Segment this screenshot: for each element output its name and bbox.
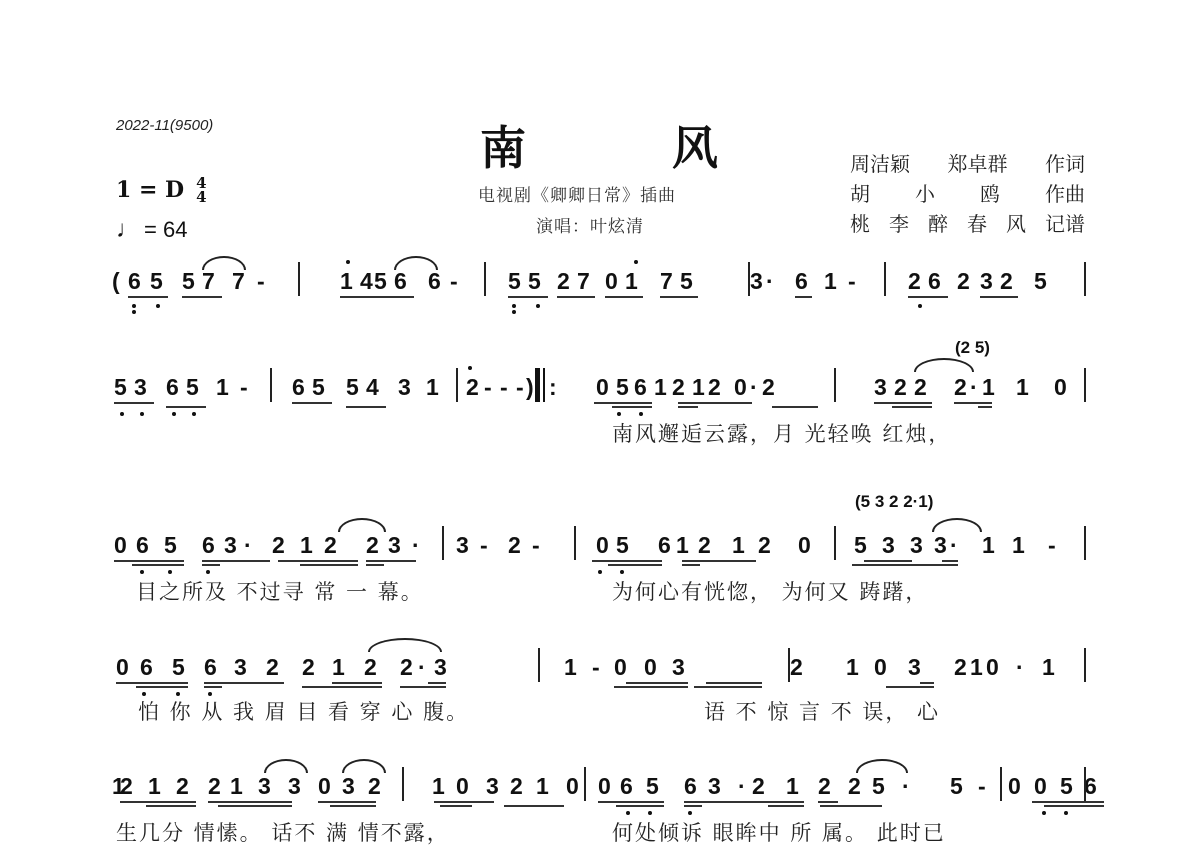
note: 3 (134, 374, 147, 401)
beam-underline (694, 686, 762, 688)
beam-underline (892, 406, 932, 408)
beam-underline (592, 560, 662, 562)
octave-dot-low (626, 811, 630, 815)
note: 1 (564, 654, 577, 681)
octave-dot-low (206, 570, 210, 574)
note: 6 (394, 268, 407, 295)
note: 2 (762, 374, 775, 401)
note: 2 (957, 268, 970, 295)
note: 3 (882, 532, 895, 559)
octave-dot-low (172, 412, 176, 416)
repeat-colon: : (549, 374, 557, 401)
notation-line: 53651-6554312---)05612120·23222·110: (112, 374, 1092, 408)
credit-role: 记谱 (1045, 208, 1085, 237)
octave-dot-low (648, 811, 652, 815)
beam-underline (120, 801, 196, 803)
credit-name: 李 (889, 208, 909, 237)
beam-underline (1044, 805, 1104, 807)
time-signature: 4 4 (196, 176, 206, 204)
note: 1 (332, 654, 345, 681)
barline (298, 262, 300, 296)
octave-dot-low (1064, 811, 1068, 815)
beam-underline (772, 406, 818, 408)
octave-dot-low (120, 412, 124, 416)
note: 6 (620, 773, 633, 800)
beam-underline (202, 560, 270, 562)
beam-underline (318, 801, 376, 803)
note: 0 (456, 773, 469, 800)
note: 2 (510, 773, 523, 800)
credit-name: 胡 (850, 178, 870, 207)
note: 2 (364, 654, 377, 681)
barline (484, 262, 486, 296)
beam-underline (302, 686, 382, 688)
alternate-notes: (5 3 2 2·1) (855, 492, 933, 512)
note: 7 (577, 268, 590, 295)
tie-arc (932, 518, 982, 532)
beam-underline (910, 564, 958, 566)
note: 2 (508, 532, 521, 559)
beam-underline (736, 402, 752, 404)
note: 1 (216, 374, 229, 401)
trill-mark (468, 366, 472, 370)
note: 5 (186, 374, 199, 401)
note: 5 (508, 268, 521, 295)
note: 1 (692, 374, 705, 401)
octave-dot-low (140, 570, 144, 574)
note: 6 (634, 374, 647, 401)
beam-underline (332, 682, 382, 684)
note: 6 (204, 654, 217, 681)
beam-underline (116, 682, 188, 684)
note: 2 (302, 654, 315, 681)
beam-underline (202, 564, 220, 566)
note: 1 (340, 268, 353, 295)
note: 5 (182, 268, 195, 295)
note: 1 (982, 374, 995, 401)
barline (456, 368, 458, 402)
credit-name: 郑卓群 (948, 148, 1008, 177)
barline (270, 368, 272, 402)
credit-lyricist: 周洁颖 郑卓群 作词 (850, 148, 1085, 177)
note: 5 (616, 532, 629, 559)
note: 2 (954, 654, 967, 681)
note: 2 (752, 773, 765, 800)
octave-dot-low (168, 570, 172, 574)
note: 5 (150, 268, 163, 295)
note: 1 (846, 654, 859, 681)
key-signature: 1 = D 4 4 (116, 176, 207, 204)
note: 0 (644, 654, 657, 681)
note: 1 (536, 773, 549, 800)
barline (1084, 262, 1086, 296)
note: 3 (874, 374, 887, 401)
barline (584, 767, 586, 801)
note: 6 (428, 268, 441, 295)
beam-underline (557, 296, 595, 298)
octave-dot-low (156, 304, 160, 308)
note: 2 (366, 532, 379, 559)
octave-dot-low (598, 570, 602, 574)
note: 5 (374, 268, 387, 295)
note: 3 (750, 268, 763, 295)
note: 3 (288, 773, 301, 800)
dash-extension: - (450, 268, 458, 295)
beam-underline (132, 564, 184, 566)
beam-underline (366, 564, 384, 566)
beam-underline (614, 686, 688, 688)
octave-dot-low (512, 304, 516, 308)
note: 7 (660, 268, 673, 295)
tie-arc (264, 759, 308, 773)
notation-line: 212213303210321006563·21225·5-00561 (112, 773, 1092, 807)
octave-dot-low (192, 412, 196, 416)
dash-extension: - (480, 532, 488, 559)
note: 3 (980, 268, 993, 295)
beam-underline (820, 805, 882, 807)
note: 3 (908, 654, 921, 681)
beam-underline (508, 296, 548, 298)
barline (1084, 526, 1086, 560)
note: 2 (266, 654, 279, 681)
lyrics-line: 南风邂逅云露，月 光轻唤 红烛， (612, 418, 951, 448)
note: 0 (566, 773, 579, 800)
note: · (418, 654, 426, 681)
credit-name: 周洁颖 (850, 148, 910, 177)
dash-extension: - (848, 268, 856, 295)
credit-composer: 胡 小 鸥 作曲 (850, 178, 1085, 207)
beam-underline (612, 406, 652, 408)
note: 6 (166, 374, 179, 401)
beam-underline (182, 296, 222, 298)
dash-extension: - (978, 773, 986, 800)
beam-underline (166, 406, 206, 408)
dash-extension: - (240, 374, 248, 401)
octave-dot-low (918, 304, 922, 308)
beam-underline (736, 560, 756, 562)
beam-underline (136, 686, 188, 688)
beam-underline (608, 564, 662, 566)
beam-underline (268, 682, 284, 684)
note: 2 (790, 654, 803, 681)
tie-arc (368, 638, 442, 652)
note: 0 (318, 773, 331, 800)
note: 5 (114, 374, 127, 401)
score-row-2: (2 5) 53651-6554312---)05612120·23222·11… (112, 374, 1092, 408)
octave-dot-high (346, 260, 350, 264)
barline (1084, 368, 1086, 402)
note: 2 (818, 773, 831, 800)
tie-arc (202, 256, 246, 270)
note: 2 (708, 374, 721, 401)
note: 2 (894, 374, 907, 401)
beam-underline (678, 406, 698, 408)
note: 7 (202, 268, 215, 295)
score-code: 2022-11(9500) (116, 117, 213, 134)
beam-underline (706, 682, 762, 684)
note: 6 (658, 532, 671, 559)
note: · (950, 532, 958, 559)
note: 3 (342, 773, 355, 800)
barline (1000, 767, 1002, 801)
beam-underline (366, 560, 416, 562)
beam-underline (504, 805, 564, 807)
note: 4 (366, 374, 379, 401)
beam-underline (114, 560, 184, 562)
note: 3 (398, 374, 411, 401)
beam-underline (980, 296, 1018, 298)
note: 6 (128, 268, 141, 295)
note: 1 (300, 532, 313, 559)
beam-underline (300, 564, 358, 566)
beam-underline (738, 801, 804, 803)
octave-dot-low (536, 304, 540, 308)
note: 6 (795, 268, 808, 295)
beam-underline (864, 560, 912, 562)
barline (1084, 648, 1086, 682)
credit-name: 春 (967, 208, 987, 237)
note: 6 (136, 532, 149, 559)
note: 7 (232, 268, 245, 295)
dash-extension: - (592, 654, 600, 681)
tie-arc (856, 759, 908, 773)
dash-extension: - (257, 268, 265, 295)
note: 0 (596, 532, 609, 559)
note: 0 (1008, 773, 1021, 800)
song-title-char-1: 南 (480, 112, 526, 178)
note: 5 (312, 374, 325, 401)
note: 6 (292, 374, 305, 401)
song-subtitle: 电视剧《卿卿日常》插曲 (478, 181, 676, 206)
note: 3 (934, 532, 947, 559)
score-row-1: (65577-14566-552701753·61-262325 (112, 268, 1092, 302)
note: 2 (954, 374, 967, 401)
beam-underline (886, 686, 934, 688)
beam-underline (942, 560, 958, 562)
beam-underline (908, 296, 948, 298)
note: 2 (908, 268, 921, 295)
note: 2 (272, 532, 285, 559)
beam-underline (605, 296, 643, 298)
note: 1 (1042, 654, 1055, 681)
note: 1 (1012, 532, 1025, 559)
dash-extension: - (516, 374, 524, 401)
tie-arc (338, 518, 386, 532)
octave-dot-high (634, 260, 638, 264)
beam-underline (1032, 801, 1104, 803)
note: · (766, 268, 774, 295)
note: 5 (680, 268, 693, 295)
note: 1 (970, 654, 983, 681)
note: 6 (140, 654, 153, 681)
dash-extension: - (500, 374, 508, 401)
note: 2 (466, 374, 479, 401)
octave-dot-low (620, 570, 624, 574)
beam-underline (598, 801, 664, 803)
note: 0 (986, 654, 999, 681)
beam-underline (462, 801, 494, 803)
note: 0 (734, 374, 747, 401)
note: 6 (928, 268, 941, 295)
tie-arc (342, 759, 386, 773)
note: · (412, 532, 420, 559)
credit-transcriber: 桃 李 醉 春 风 记谱 (850, 208, 1085, 237)
octave-dot-low (617, 412, 621, 416)
beam-underline (795, 296, 812, 298)
note: 1 (148, 773, 161, 800)
lyrics-line-right: 语 不 惊 言 不 误， 心 (704, 696, 940, 726)
barline (884, 262, 886, 296)
octave-dot-low (1042, 811, 1046, 815)
note: 0 (874, 654, 887, 681)
note: 1 (112, 773, 125, 800)
key-label: 1 = D (116, 177, 184, 203)
beam-underline (146, 805, 196, 807)
octave-dot-low (132, 310, 136, 314)
note: · (244, 532, 252, 559)
octave-dot-low (140, 412, 144, 416)
note: · (738, 773, 746, 800)
score-row-5: 212213303210321006563·21225·5-00561 生几分 … (112, 773, 1092, 807)
notation-line: 0656322122·31-0032103210·1 (112, 654, 1092, 688)
notation-line: (65577-14566-552701753·61-262325 (112, 268, 1092, 302)
beam-underline (292, 402, 332, 404)
dash-extension: - (484, 374, 492, 401)
beam-underline (400, 686, 446, 688)
note: 0 (596, 374, 609, 401)
octave-dot-low (688, 811, 692, 815)
note: 2 (848, 773, 861, 800)
note: 3 (672, 654, 685, 681)
note: 1 (786, 773, 799, 800)
note: 3 (388, 532, 401, 559)
note: 5 (950, 773, 963, 800)
credit-name: 醉 (928, 208, 948, 237)
beam-underline (114, 402, 154, 404)
lyrics-line-left: 生几分 情愫。 话不 满 情不露， (116, 817, 450, 847)
note: · (750, 374, 758, 401)
beam-underline (920, 682, 934, 684)
note: 3 (708, 773, 721, 800)
note: · (970, 374, 978, 401)
note: 5 (164, 532, 177, 559)
note: 0 (1034, 773, 1047, 800)
note: 2 (914, 374, 927, 401)
quarter-note-icon: ♩ (116, 216, 140, 244)
note: 5 (1060, 773, 1073, 800)
note: 0 (614, 654, 627, 681)
note: 3 (486, 773, 499, 800)
beam-underline (626, 682, 688, 684)
note: 2 (400, 654, 413, 681)
beam-underline (278, 560, 358, 562)
note: 1 (230, 773, 243, 800)
beam-underline (204, 686, 222, 688)
credit-name: 小 (915, 178, 935, 207)
dash-extension: - (532, 532, 540, 559)
note: 1 (732, 532, 745, 559)
beam-underline (684, 805, 702, 807)
barline (788, 648, 790, 682)
note: · (902, 773, 910, 800)
barline (442, 526, 444, 560)
octave-dot-low (639, 412, 643, 416)
beam-underline (660, 296, 698, 298)
octave-dot-low (132, 304, 136, 308)
note: 3 (434, 654, 447, 681)
credit-role: 作曲 (1045, 178, 1085, 207)
beam-underline (978, 406, 992, 408)
note: 3 (258, 773, 271, 800)
note: 1 (625, 268, 638, 295)
credit-name: 鸥 (980, 178, 1000, 207)
barline (834, 526, 836, 560)
beam-underline (682, 564, 700, 566)
note: 5 (616, 374, 629, 401)
note: 0 (598, 773, 611, 800)
credit-role: 作词 (1045, 148, 1085, 177)
beam-underline (346, 406, 386, 408)
note: 2 (758, 532, 771, 559)
repeat-start-barline (535, 368, 549, 402)
beam-underline (852, 564, 912, 566)
beam-underline (616, 805, 664, 807)
note: 1 (426, 374, 439, 401)
note: 5 (172, 654, 185, 681)
beam-underline (768, 805, 804, 807)
notation-line: 06563·21223·3-2-056121205333·11- (112, 532, 1092, 566)
note: 2 (672, 374, 685, 401)
lyrics-line-right: 何处倾诉 眼眸中 所 属。 此时已 (612, 817, 946, 847)
score-row-4: 0656322122·31-0032103210·1 怕 你 从 我 眉 目 看… (112, 654, 1092, 688)
note: 2 (1000, 268, 1013, 295)
barline (748, 262, 750, 296)
tie-arc (394, 256, 438, 270)
beam-underline (874, 402, 932, 404)
barline (1084, 767, 1086, 801)
note: 3 (224, 532, 237, 559)
note: 1 (824, 268, 837, 295)
note: 2 (698, 532, 711, 559)
beam-underline (340, 296, 378, 298)
note: 3 (910, 532, 923, 559)
note: 5 (854, 532, 867, 559)
note: 1 (676, 532, 689, 559)
beam-underline (218, 805, 292, 807)
dash-extension: - (1048, 532, 1056, 559)
note: 0 (114, 532, 127, 559)
note: 5 (1034, 268, 1047, 295)
beam-underline (428, 682, 446, 684)
lyrics-line-left: 目之所及 不过寻 常 一 幕。 (136, 576, 424, 606)
score-row-3: (5 3 2 2·1) 06563·21223·3-2-056121205333… (112, 532, 1092, 566)
note: 2 (208, 773, 221, 800)
barline (834, 368, 836, 402)
note: 3 (234, 654, 247, 681)
note: 0 (116, 654, 129, 681)
credit-name: 风 (1006, 208, 1026, 237)
beam-underline (954, 402, 992, 404)
note: 2 (557, 268, 570, 295)
parenthesis: ) (526, 374, 534, 401)
note: 5 (646, 773, 659, 800)
note: 2 (324, 532, 337, 559)
lyrics-line-right: 为何心有恍惚， 为何又 踌躇， (612, 576, 928, 606)
parenthesis: ( (112, 268, 120, 295)
credit-name: 桃 (850, 208, 870, 237)
barline (538, 648, 540, 682)
note: 6 (684, 773, 697, 800)
